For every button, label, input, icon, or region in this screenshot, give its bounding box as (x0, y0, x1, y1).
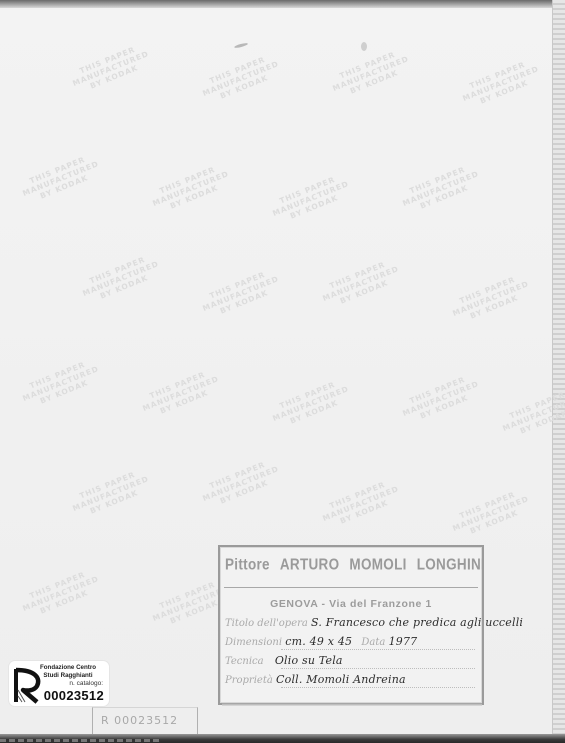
scan-top-edge (0, 0, 565, 8)
pencil-catalog-note: R 00023512 (101, 714, 178, 727)
field-label: Dimensioni (225, 637, 282, 648)
field-value: cm. 49 x 45 (285, 635, 352, 648)
catalog-number: 00023512 (44, 688, 104, 703)
scan-right-edge (552, 0, 565, 743)
dotted-line (281, 648, 475, 650)
field-title: Titolo dell'opera S. Francesco che predi… (225, 616, 535, 632)
paper-mark (361, 42, 367, 51)
artist-address: GENOVA - Via del Franzone 1 (220, 598, 482, 610)
field-label: Proprietà (225, 675, 273, 686)
catalog-label: n. catalogo: (69, 680, 103, 687)
label-divider (224, 587, 478, 588)
field-owner: Proprietà Coll. Momoli Andreina (225, 673, 475, 689)
artist-label: PittoreARTUROMOMOLILONGHINI GENOVA - Via… (218, 545, 484, 705)
title-word: MOMOLI (349, 556, 406, 573)
org-line-1: Fondazione Centro (33, 664, 103, 672)
dotted-line (281, 667, 475, 669)
dotted-line (281, 686, 475, 688)
field-technique: Tecnica Olio su Tela (225, 654, 475, 670)
title-word: LONGHINI (417, 556, 485, 573)
org-line-2: Studi Ragghianti (33, 672, 103, 680)
field-label-date: Data (361, 637, 385, 648)
field-dimensions: Dimensioni cm. 49 x 45 Data 1977 (225, 635, 475, 651)
field-value-date: 1977 (389, 635, 418, 648)
field-label: Titolo dell'opera (225, 618, 308, 629)
catalog-sticker: Fondazione Centro Studi Ragghianti n. ca… (9, 661, 109, 706)
sticker-organization: Fondazione Centro Studi Ragghianti (33, 664, 103, 680)
title-word: ARTURO (280, 556, 340, 573)
field-value: Coll. Momoli Andreina (276, 673, 406, 686)
pencil-annotation-box: R 00023512 (92, 707, 198, 736)
scan-bottom-edge (0, 734, 565, 743)
field-value: S. Francesco che predica agli uccelli (311, 616, 523, 629)
label-shadow (222, 703, 482, 706)
field-label: Tecnica (225, 656, 264, 667)
artist-label-title: PittoreARTUROMOMOLILONGHINI (220, 556, 482, 573)
field-value: Olio su Tela (275, 654, 343, 667)
title-word: Pittore (225, 556, 270, 573)
